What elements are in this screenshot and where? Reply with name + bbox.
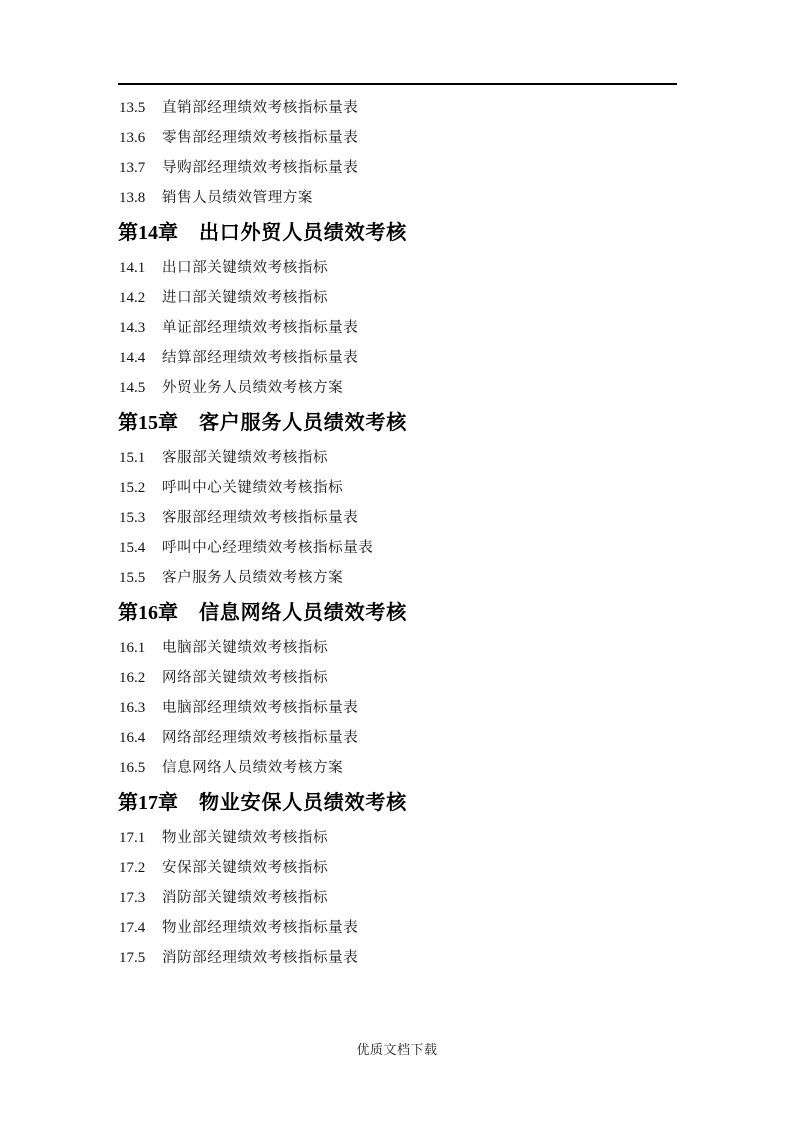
chapter-number: 第17章: [118, 792, 178, 814]
toc-item-number: 14.4: [119, 343, 162, 373]
toc-item: 15.4呼叫中心经理绩效考核指标量表: [118, 533, 718, 563]
toc-item-label: 信息网络人员绩效考核方案: [162, 760, 343, 776]
toc-item-number: 16.5: [119, 753, 162, 783]
toc-item-number: 16.4: [119, 723, 162, 753]
toc-item: 13.7导购部经理绩效考核指标量表: [118, 153, 718, 183]
toc-item-number: 14.3: [119, 313, 162, 343]
toc-item-label: 物业部关键绩效考核指标: [162, 830, 328, 846]
chapter-title: 出口外贸人员绩效考核: [199, 222, 407, 244]
toc-item-label: 电脑部经理绩效考核指标量表: [162, 700, 358, 716]
toc-item: 17.4物业部经理绩效考核指标量表: [118, 913, 718, 943]
toc-item-number: 15.4: [119, 533, 162, 563]
toc-item: 14.3单证部经理绩效考核指标量表: [118, 313, 718, 343]
toc-item-number: 15.5: [119, 563, 162, 593]
toc-item-number: 14.5: [119, 373, 162, 403]
toc-item: 14.1出口部关键绩效考核指标: [118, 253, 718, 283]
toc-item-number: 16.3: [119, 693, 162, 723]
toc-item-number: 13.6: [119, 123, 162, 153]
toc-item-label: 外贸业务人员绩效考核方案: [162, 380, 343, 396]
toc-item-label: 结算部经理绩效考核指标量表: [162, 350, 358, 366]
toc-item-label: 客服部关键绩效考核指标: [162, 450, 328, 466]
toc-item-label: 销售人员绩效管理方案: [162, 190, 313, 206]
toc-item-label: 直销部经理绩效考核指标量表: [162, 100, 358, 116]
toc-item: 17.5消防部经理绩效考核指标量表: [118, 943, 718, 973]
chapter-number: 第14章: [118, 222, 178, 244]
chapter-title: 信息网络人员绩效考核: [199, 602, 407, 624]
chapter-number: 第15章: [118, 412, 178, 434]
toc-item: 15.5客户服务人员绩效考核方案: [118, 563, 718, 593]
toc-item: 13.8销售人员绩效管理方案: [118, 183, 718, 213]
toc-item-number: 16.2: [119, 663, 162, 693]
toc-item: 17.2安保部关键绩效考核指标: [118, 853, 718, 883]
toc-item-number: 14.1: [119, 253, 162, 283]
toc-item: 15.1客服部关键绩效考核指标: [118, 443, 718, 473]
toc-item-label: 安保部关键绩效考核指标: [162, 860, 328, 876]
toc-item: 14.2进口部关键绩效考核指标: [118, 283, 718, 313]
toc-item-label: 电脑部关键绩效考核指标: [162, 640, 328, 656]
toc-item-number: 17.4: [119, 913, 162, 943]
toc-item-number: 17.3: [119, 883, 162, 913]
toc-item: 16.1电脑部关键绩效考核指标: [118, 633, 718, 663]
toc-item-label: 呼叫中心经理绩效考核指标量表: [162, 540, 373, 556]
chapter-heading-16: 第16章信息网络人员绩效考核: [118, 601, 718, 625]
toc-item-label: 进口部关键绩效考核指标: [162, 290, 328, 306]
toc-item-number: 15.2: [119, 473, 162, 503]
toc-item: 17.3消防部关键绩效考核指标: [118, 883, 718, 913]
toc-item-label: 消防部关键绩效考核指标: [162, 890, 328, 906]
chapter-number: 第16章: [118, 602, 178, 624]
toc-item: 16.3电脑部经理绩效考核指标量表: [118, 693, 718, 723]
toc-item-number: 13.5: [119, 93, 162, 123]
toc-item-number: 17.5: [119, 943, 162, 973]
toc-item-number: 17.2: [119, 853, 162, 883]
toc-item-number: 15.1: [119, 443, 162, 473]
chapter-heading-17: 第17章物业安保人员绩效考核: [118, 791, 718, 815]
toc-item: 17.1物业部关键绩效考核指标: [118, 823, 718, 853]
toc-item-label: 呼叫中心关键绩效考核指标: [162, 480, 343, 496]
toc-item-label: 网络部经理绩效考核指标量表: [162, 730, 358, 746]
toc-item-number: 16.1: [119, 633, 162, 663]
toc-item: 13.6零售部经理绩效考核指标量表: [118, 123, 718, 153]
toc-item: 16.5信息网络人员绩效考核方案: [118, 753, 718, 783]
toc-item-label: 单证部经理绩效考核指标量表: [162, 320, 358, 336]
toc-item-label: 消防部经理绩效考核指标量表: [162, 950, 358, 966]
toc-item-label: 导购部经理绩效考核指标量表: [162, 160, 358, 176]
toc-item-number: 13.7: [119, 153, 162, 183]
toc-item: 15.3客服部经理绩效考核指标量表: [118, 503, 718, 533]
toc-item: 13.5直销部经理绩效考核指标量表: [118, 93, 718, 123]
toc-item: 16.2网络部关键绩效考核指标: [118, 663, 718, 693]
toc-item-label: 物业部经理绩效考核指标量表: [162, 920, 358, 936]
toc-item-label: 网络部关键绩效考核指标: [162, 670, 328, 686]
page-footer: 优质文档下载: [0, 1039, 794, 1058]
toc-item: 15.2呼叫中心关键绩效考核指标: [118, 473, 718, 503]
header-rule: [118, 83, 677, 85]
toc-item-label: 零售部经理绩效考核指标量表: [162, 130, 358, 146]
toc-item: 16.4网络部经理绩效考核指标量表: [118, 723, 718, 753]
chapter-title: 物业安保人员绩效考核: [199, 792, 407, 814]
toc-item-label: 客服部经理绩效考核指标量表: [162, 510, 358, 526]
toc-item-label: 客户服务人员绩效考核方案: [162, 570, 343, 586]
toc-item: 14.5外贸业务人员绩效考核方案: [118, 373, 718, 403]
toc-item: 14.4结算部经理绩效考核指标量表: [118, 343, 718, 373]
chapter-heading-15: 第15章客户服务人员绩效考核: [118, 411, 718, 435]
toc-item-number: 17.1: [119, 823, 162, 853]
toc-item-number: 14.2: [119, 283, 162, 313]
chapter-heading-14: 第14章出口外贸人员绩效考核: [118, 221, 718, 245]
toc-item-label: 出口部关键绩效考核指标: [162, 260, 328, 276]
toc-item-number: 15.3: [119, 503, 162, 533]
toc-list: 13.5直销部经理绩效考核指标量表 13.6零售部经理绩效考核指标量表 13.7…: [118, 93, 718, 973]
chapter-title: 客户服务人员绩效考核: [199, 412, 407, 434]
document-page: 13.5直销部经理绩效考核指标量表 13.6零售部经理绩效考核指标量表 13.7…: [0, 0, 794, 1123]
toc-item-number: 13.8: [119, 183, 162, 213]
